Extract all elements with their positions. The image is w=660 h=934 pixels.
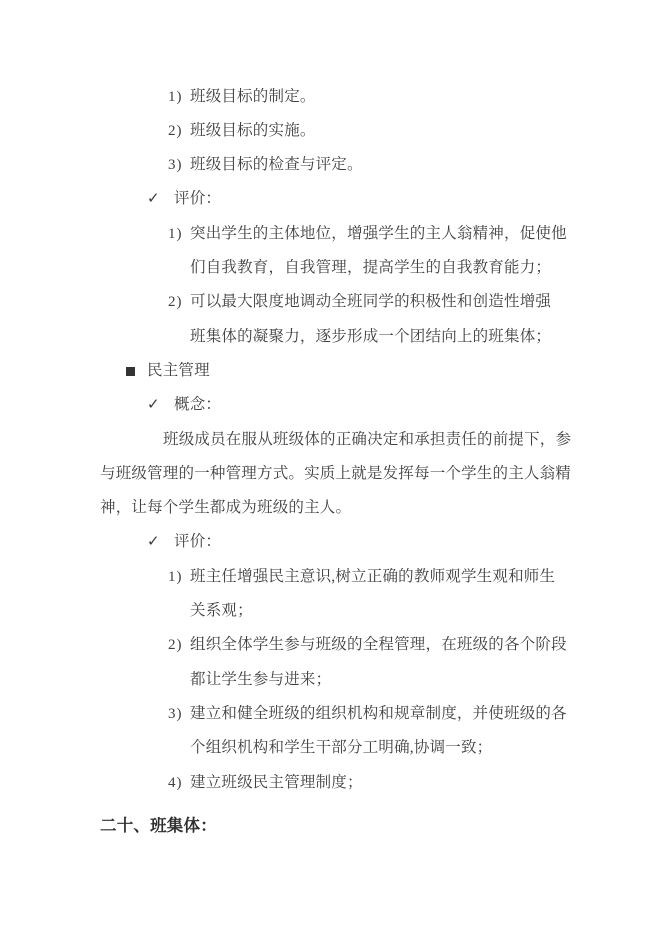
text-run: 们自我教育，自我管理，提高学生的自我教育能力；	[190, 259, 551, 276]
text-line: 1)突出学生的主体地位，增强学生的主人翁精神，促使他	[100, 217, 560, 251]
list-number: 4)	[168, 766, 183, 800]
numbered-list-item: 2)班级目标的实施。	[100, 114, 560, 148]
text-line: 2)组织全体学生参与班级的全程管理，在班级的各个阶段	[100, 628, 560, 662]
numbered-list-item: 2)组织全体学生参与班级的全程管理，在班级的各个阶段都让学生参与进来；	[100, 628, 560, 697]
text-line: 神，让每个学生都成为班级的主人。	[100, 491, 560, 525]
list-number: 1)	[168, 80, 183, 114]
text-run: 班级目标的检查与评定。	[190, 156, 363, 173]
text-run: 突出学生的主体地位，增强学生的主人翁精神，促使他	[190, 225, 567, 242]
text-run: 建立班级民主管理制度；	[190, 774, 363, 791]
list-number: 1)	[168, 217, 183, 251]
text-run: 班级目标的制定。	[190, 88, 316, 105]
text-line: 1)班级目标的制定。	[100, 80, 560, 114]
numbered-list-item: 2)可以最大限度地调动全班同学的积极性和创造性增强班集体的凝聚力，逐步形成一个团…	[100, 285, 560, 354]
text-line: ✓评价：	[100, 525, 560, 559]
text-run: 班级目标的实施。	[190, 122, 316, 139]
check-bullet-item: ✓概念：	[100, 388, 560, 422]
checkmark-icon: ✓	[147, 182, 160, 216]
list-number: 3)	[168, 697, 183, 731]
text-line: 3)班级目标的检查与评定。	[100, 148, 560, 182]
text-line: 2)可以最大限度地调动全班同学的积极性和创造性增强	[100, 285, 560, 319]
text-run: 个组织机构和学生干部分工明确,协调一致；	[190, 739, 492, 756]
text-line: 2)班级目标的实施。	[100, 114, 560, 148]
numbered-list-item: 3)建立和健全班级的组织机构和规章制度，并使班级的各个组织机构和学生干部分工明确…	[100, 697, 560, 766]
text-run: 民主管理	[147, 362, 210, 379]
text-run: 关系观；	[190, 602, 253, 619]
document-page: 1)班级目标的制定。2)班级目标的实施。3)班级目标的检查与评定。✓评价：1)突…	[0, 0, 660, 934]
text-line: ✓评价：	[100, 182, 560, 216]
numbered-list-item: 1)班级目标的制定。	[100, 80, 560, 114]
square-bullet-shape	[126, 367, 135, 376]
text-run: 神，让每个学生都成为班级的主人。	[100, 499, 351, 516]
text-line: 民主管理	[100, 354, 560, 388]
text-line: 个组织机构和学生干部分工明确,协调一致；	[100, 731, 560, 765]
text-line: 班级成员在服从班级体的正确决定和承担责任的前提下，参	[100, 423, 560, 457]
paragraph: 班级成员在服从班级体的正确决定和承担责任的前提下，参与班级管理的一种管理方式。实…	[100, 423, 560, 526]
text-run: 可以最大限度地调动全班同学的积极性和创造性增强	[190, 293, 551, 310]
check-bullet-item: ✓评价：	[100, 182, 560, 216]
list-number: 2)	[168, 628, 183, 662]
checkmark-icon: ✓	[147, 525, 160, 559]
list-number: 3)	[168, 148, 183, 182]
list-number: 1)	[168, 560, 183, 594]
text-line: 与班级管理的一种管理方式。实质上就是发挥每一个学生的主人翁精	[100, 457, 560, 491]
text-run: 与班级管理的一种管理方式。实质上就是发挥每一个学生的主人翁精	[100, 465, 571, 482]
text-run: 班主任增强民主意识,树立正确的教师观学生观和师生	[190, 568, 555, 585]
text-run: 二十、班集体：	[100, 816, 217, 835]
text-run: 评价：	[174, 190, 221, 207]
text-line: 班集体的凝聚力，逐步形成一个团结向上的班集体；	[100, 320, 560, 354]
text-line: 3)建立和健全班级的组织机构和规章制度，并使班级的各	[100, 697, 560, 731]
text-line: 们自我教育，自我管理，提高学生的自我教育能力；	[100, 251, 560, 285]
numbered-list-item: 1)突出学生的主体地位，增强学生的主人翁精神，促使他们自我教育，自我管理，提高学…	[100, 217, 560, 286]
text-line: 二十、班集体：	[100, 808, 560, 843]
text-line: 1)班主任增强民主意识,树立正确的教师观学生观和师生	[100, 560, 560, 594]
section-heading: 二十、班集体：	[100, 808, 560, 843]
text-run: 班集体的凝聚力，逐步形成一个团结向上的班集体；	[190, 328, 551, 345]
list-number: 2)	[168, 285, 183, 319]
numbered-list-item: 4)建立班级民主管理制度；	[100, 766, 560, 800]
text-run: 评价：	[174, 533, 221, 550]
text-line: 都让学生参与进来；	[100, 663, 560, 697]
check-bullet-item: ✓评价：	[100, 525, 560, 559]
square-bullet-item: 民主管理	[100, 354, 560, 388]
text-run: 班级成员在服从班级体的正确决定和承担责任的前提下，参	[163, 431, 571, 448]
text-line: 关系观；	[100, 594, 560, 628]
text-run: 都让学生参与进来；	[190, 671, 331, 688]
text-run: 组织全体学生参与班级的全程管理，在班级的各个阶段	[190, 636, 567, 653]
list-number: 2)	[168, 114, 183, 148]
text-line: ✓概念：	[100, 388, 560, 422]
text-run: 概念：	[174, 396, 221, 413]
checkmark-icon: ✓	[147, 388, 160, 422]
numbered-list-item: 3)班级目标的检查与评定。	[100, 148, 560, 182]
numbered-list-item: 1)班主任增强民主意识,树立正确的教师观学生观和师生关系观；	[100, 560, 560, 629]
square-bullet-icon	[126, 354, 135, 388]
document-content: 1)班级目标的制定。2)班级目标的实施。3)班级目标的检查与评定。✓评价：1)突…	[0, 0, 660, 843]
text-line: 4)建立班级民主管理制度；	[100, 766, 560, 800]
text-run: 建立和健全班级的组织机构和规章制度，并使班级的各	[190, 705, 567, 722]
